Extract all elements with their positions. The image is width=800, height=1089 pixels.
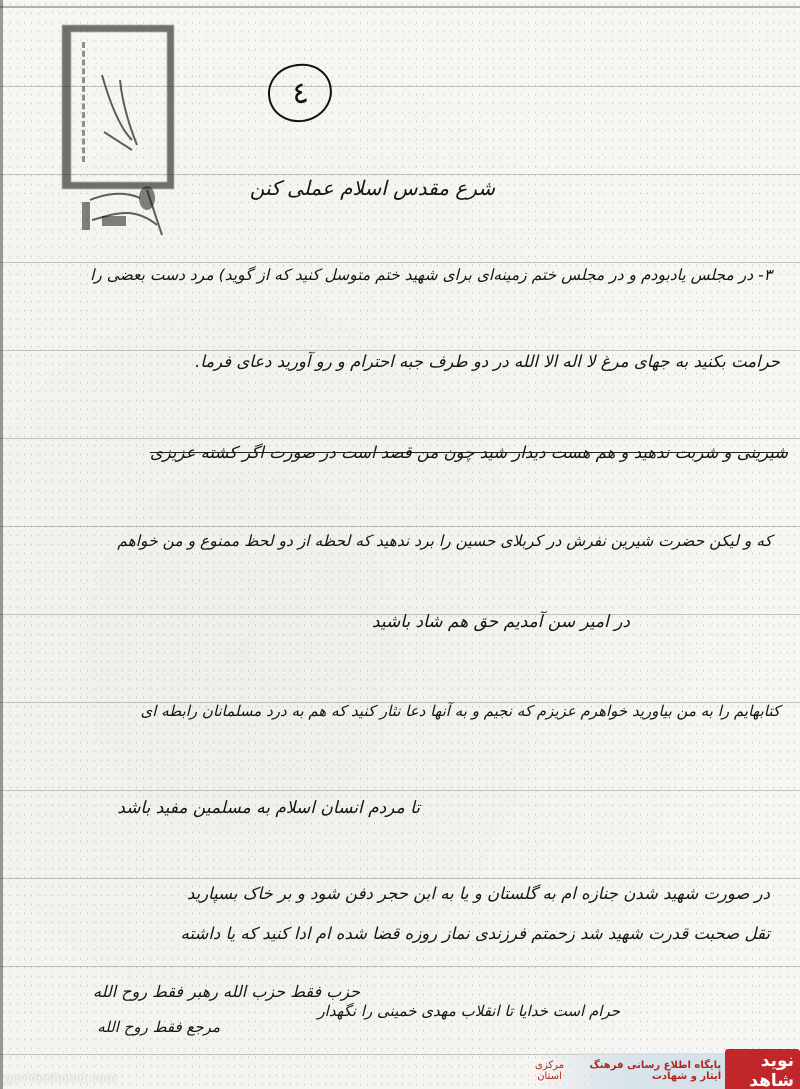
letter-line-11: تقل صحبت قدرت شهید شد زحمتم فرزندی نماز …: [181, 924, 770, 943]
logo-tagline: پایگاه اطلاع رسانی فرهنگ ایثار و شهادت: [568, 1060, 721, 1082]
logo-region: مرکزی استان: [535, 1060, 564, 1082]
letter-heading: شرع مقدس اسلام عملی کنن: [250, 176, 495, 200]
ink-stamp-icon: [62, 20, 174, 240]
top-rule: [0, 6, 800, 8]
letter-line-13: حرام است خدایا تا انقلاب مهدی خمینی را ن…: [317, 1002, 620, 1020]
letter-line-7: در امیر سن آمدیم حق هم شاد باشید: [372, 612, 630, 632]
stamp-figure-icon: [62, 20, 174, 240]
logo-region-line2: استان: [537, 1071, 562, 1082]
logo-brand: نوید شاهد: [725, 1049, 800, 1089]
letter-line-10: در صورت شهید شدن جنازه ام به گلستان و یا…: [187, 884, 770, 903]
logo-region-line1: مرکزی: [535, 1060, 564, 1071]
site-watermark: gavideshahid.com: [4, 1070, 117, 1085]
letter-line-item3: ۳- در مجلس یادبودم و در مجلس ختم زمینه‌ا…: [90, 266, 772, 284]
left-edge-shadow: [0, 0, 3, 1089]
page-number-circle: ٤: [264, 60, 335, 126]
letter-line-8: کتابهایم را به من بیاورید خواهرم عزیزم ک…: [141, 702, 780, 720]
navid-shahed-logo: نوید شاهد پایگاه اطلاع رسانی فرهنگ ایثار…: [535, 1053, 800, 1089]
scanned-letter-page: ٤ شرع مقدس اسلام عملی کنن ۳- در مجلس یاد…: [0, 0, 800, 1089]
letter-line-6: که و لیکن حضرت شیرین نفرش در کربلای حسین…: [117, 532, 772, 550]
letter-line-5: شیرینی و شربت ندهید و هم هست دیدار شید چ…: [150, 443, 788, 462]
letter-line-9: تا مردم انسان اسلام به مسلمین مفید باشد: [117, 798, 420, 818]
letter-line-12: حزب فقط حزب الله رهبر فقط روح الله: [93, 982, 360, 1001]
letter-line-4: حرامت بکنید به جهای مرغ لا اله الا الله …: [195, 352, 780, 371]
letter-line-14: مرجع فقط روح الله: [97, 1018, 220, 1036]
